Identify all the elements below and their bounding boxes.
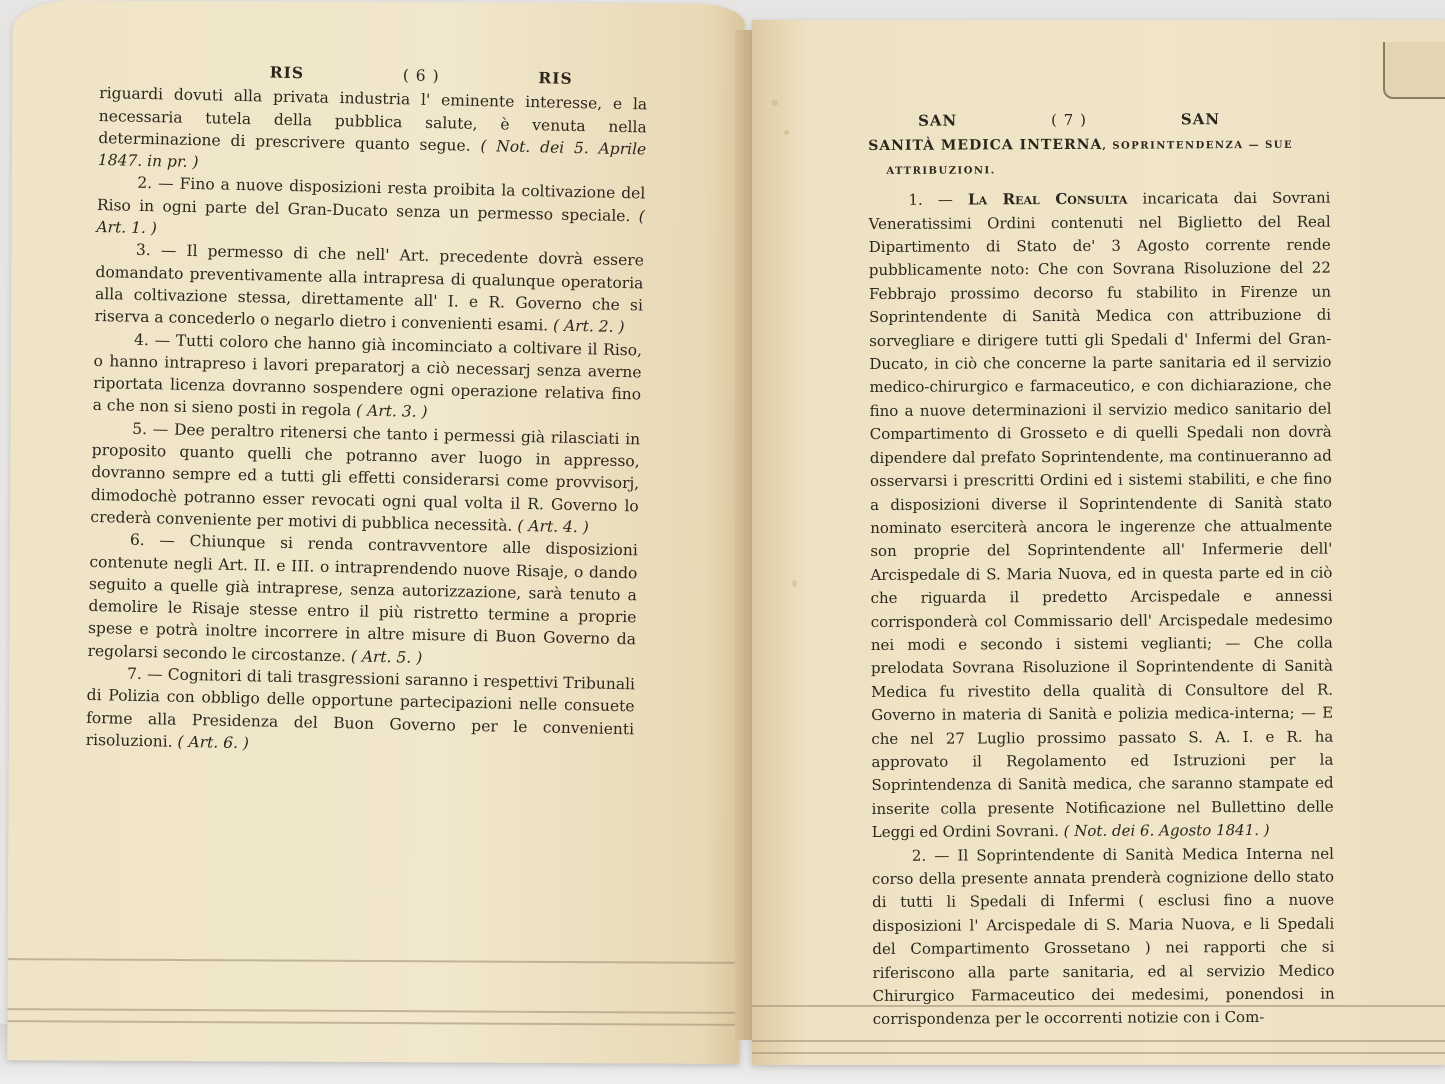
lead-smallcaps: La Real Consulta: [968, 190, 1127, 209]
article-number: 4. —: [134, 330, 170, 349]
article-number: 5. —: [132, 420, 168, 439]
citation: ( Art. 4. ): [517, 517, 589, 536]
page-edge-line: [7, 1008, 739, 1014]
article-number: 3. —: [136, 241, 177, 260]
page-number: ( 7 ): [1051, 109, 1087, 133]
running-head-right: RIS: [538, 67, 573, 90]
running-head-right: SAN: [1181, 108, 1220, 132]
article-2: 2. — Il Soprintendente di Sanità Medica …: [872, 842, 1335, 1032]
citation: ( Art. 6. ): [177, 733, 249, 752]
article-number: 6. —: [130, 531, 175, 550]
running-head-left: SAN: [918, 110, 957, 134]
foxing-spot: [784, 130, 789, 135]
article-5: 5. — Dee peraltro ritenersi che tanto i …: [90, 417, 640, 540]
page-edge-line: [7, 1020, 739, 1026]
running-head-left: RIS: [269, 62, 304, 85]
article-1: 1. — La Real Consulta incaricata dai Sov…: [868, 187, 1333, 845]
article-number: 2. —: [912, 846, 950, 864]
foxing-spot: [772, 100, 778, 106]
page-edge-line: [8, 958, 740, 964]
citation: ( Art. 3. ): [356, 402, 428, 421]
section-subtitle-2: ATTRIBUZIONI.: [868, 157, 1330, 183]
dog-ear-corner: [1383, 42, 1445, 99]
article-4: 4. — Tutti coloro che hanno già incominc…: [92, 328, 642, 429]
page-number: ( 6 ): [403, 64, 440, 87]
citation: ( Art. 5. ): [351, 647, 423, 666]
article-number: 7. —: [127, 665, 163, 684]
left-page-text: RIS ( 6 ) RIS riguardi dovuti alla priva…: [85, 58, 647, 763]
paragraph: riguardi dovuti alla privata industria l…: [98, 82, 648, 183]
article-number: 2. —: [137, 174, 174, 193]
section-title: SANITÀ MEDICA INTERNA: [868, 137, 1102, 154]
article-7: 7. — Cognitori di tali trasgressioni sar…: [85, 662, 635, 763]
article-2: 2. — Fino a nuove disposizioni resta pro…: [96, 171, 645, 249]
page-edge-line: [752, 1052, 1445, 1054]
right-page-text: SAN ( 7 ) SAN SANITÀ MEDICA INTERNA, SOP…: [868, 108, 1335, 1032]
article-3: 3. — Il permesso di che nell' Art. prece…: [94, 238, 644, 339]
citation: ( Not. dei 6. Agosto 1841. ): [1064, 821, 1270, 840]
page-edge-line: [752, 1040, 1445, 1042]
citation: ( Art. 2. ): [553, 317, 625, 336]
running-head: SAN ( 7 ) SAN: [868, 108, 1330, 134]
article-6: 6. — Chiunque si renda contravventore al…: [87, 528, 638, 673]
article-number: 1. —: [908, 191, 953, 209]
section-heading: SANITÀ MEDICA INTERNA, SOPRINTENDENZA — …: [868, 133, 1330, 183]
section-subtitle: , SOPRINTENDENZA — SUE: [1102, 140, 1293, 152]
foxing-spot: [792, 580, 797, 587]
